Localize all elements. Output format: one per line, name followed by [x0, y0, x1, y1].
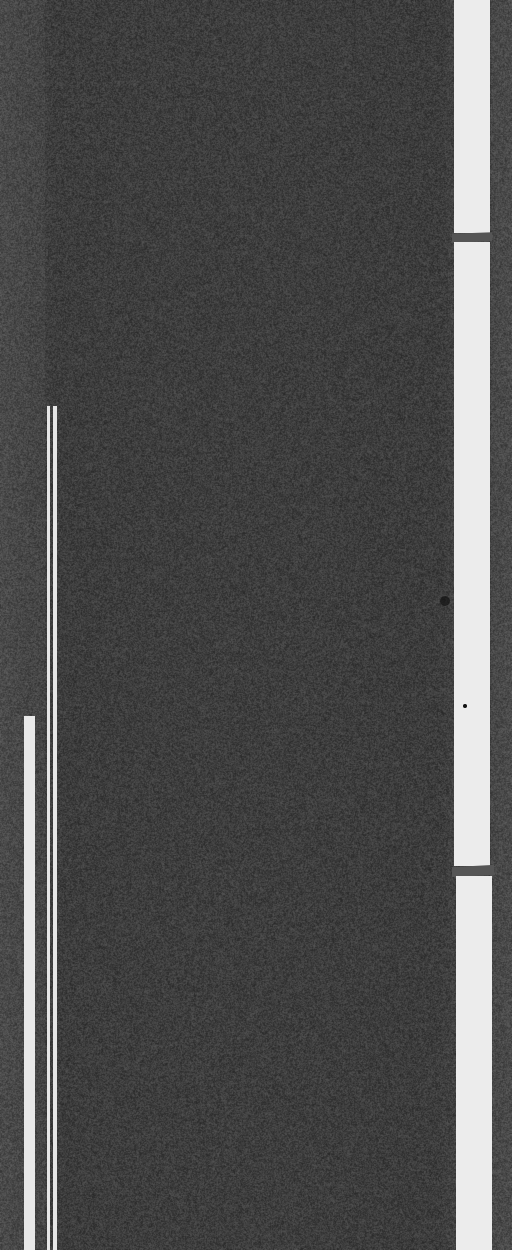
right-lane-marking-segment	[454, 0, 490, 233]
left-double-line-b	[53, 406, 57, 1250]
left-double-line-a	[47, 406, 50, 1250]
road-photo	[0, 0, 512, 1250]
right-lane-marking-segment	[456, 876, 492, 1250]
left-single-line	[24, 716, 35, 1250]
asphalt-texture	[0, 0, 512, 1250]
pavement-spot	[440, 596, 450, 606]
right-lane-marking-segment	[454, 242, 490, 866]
pavement-spot	[463, 704, 467, 708]
